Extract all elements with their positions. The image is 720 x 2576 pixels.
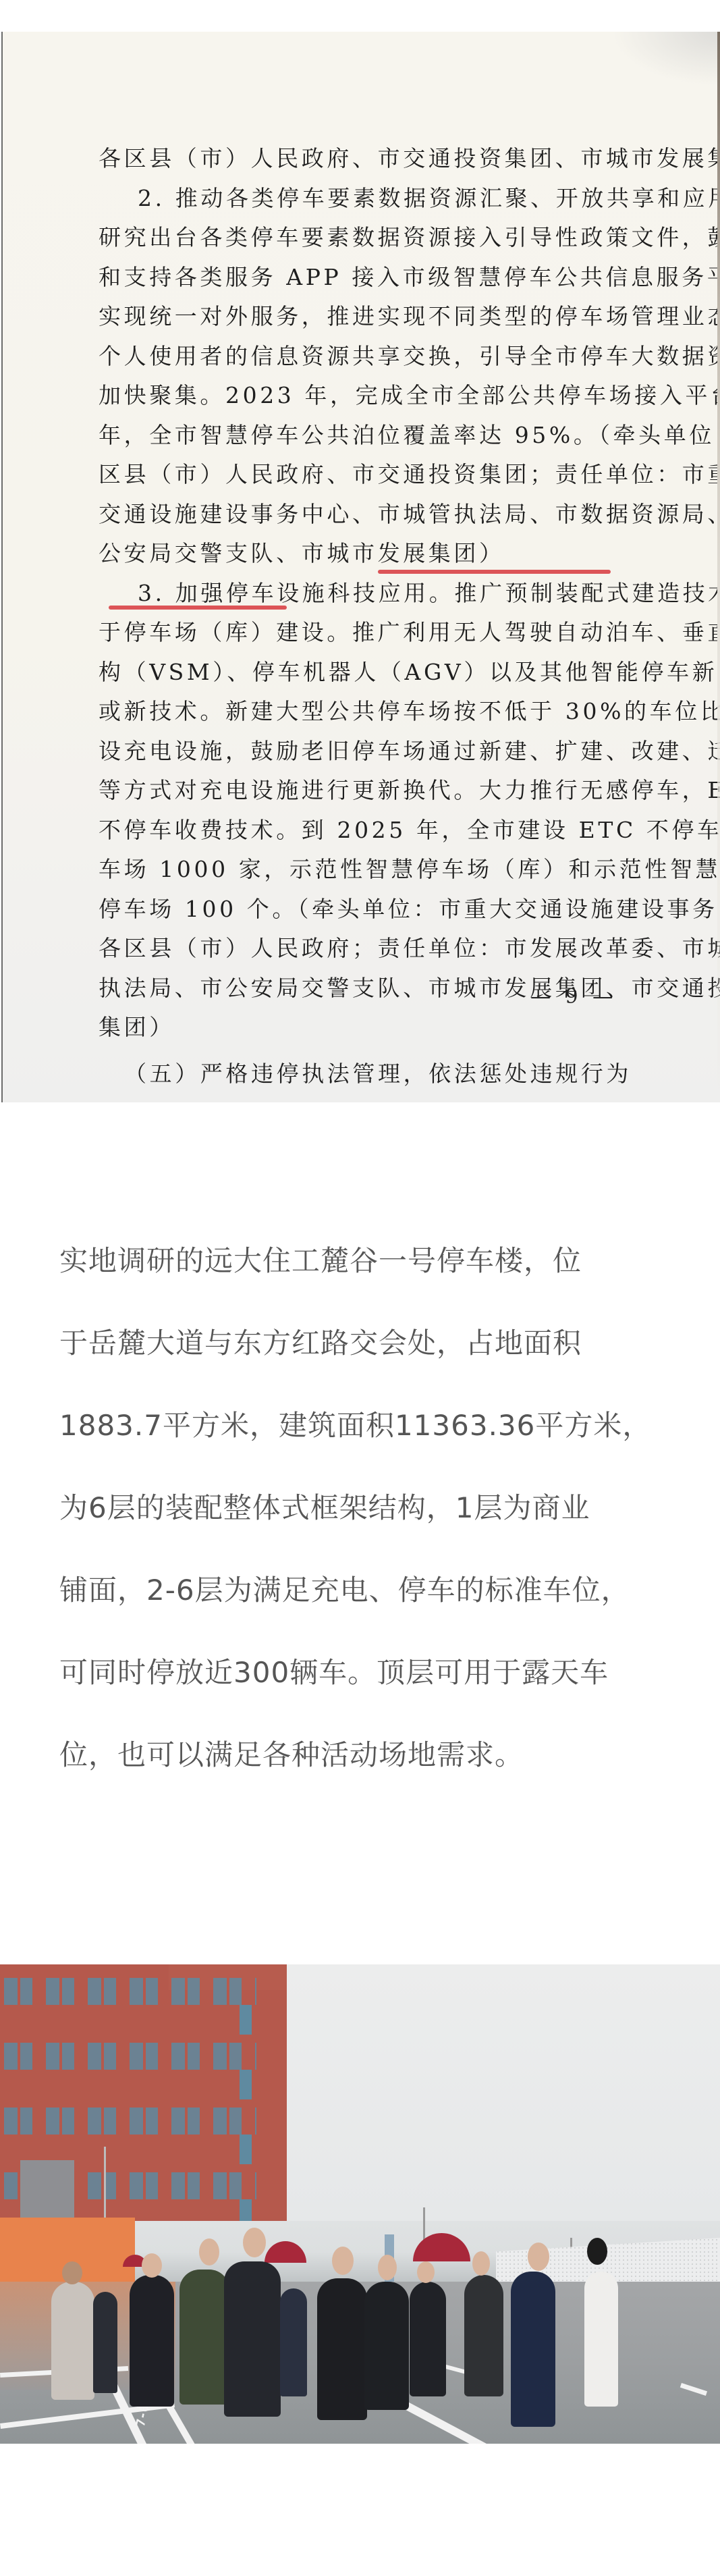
- document-line: （五）严格违停执法管理，依法惩处违规行为: [124, 1061, 720, 1088]
- page-shadow: [612, 32, 720, 86]
- paragraph-line: 于岳麓大道与东方红路交会处，占地面积: [59, 1323, 667, 1405]
- person-head: [587, 2238, 607, 2265]
- building-windows-column: [240, 2005, 252, 2221]
- document-line: 构（VSM）、停车机器人（AGV）以及其他智能停车新设备: [99, 659, 720, 686]
- red-umbrella: [265, 2241, 306, 2263]
- paragraph-line: 实地调研的远大住工麓谷一号停车楼，位: [59, 1241, 667, 1323]
- person: [364, 2282, 409, 2410]
- person: [224, 2261, 281, 2417]
- person: [464, 2275, 503, 2396]
- person: [584, 2272, 618, 2407]
- document-line: 停车场 100 个。（牵头单位：市重大交通设施建设事务中心、: [99, 896, 720, 923]
- person-head: [199, 2238, 219, 2265]
- person: [410, 2282, 446, 2396]
- document-scan-image: 各区县（市）人民政府、市交通投资集团、市城市发展集团）2. 推动各类停车要素数据…: [1, 32, 720, 1102]
- paragraph-line: 可同时停放近300辆车。顶层可用于露天车: [59, 1653, 667, 1735]
- person-head: [378, 2255, 397, 2280]
- person: [93, 2292, 117, 2393]
- person-head: [472, 2251, 490, 2276]
- person-head: [528, 2243, 549, 2271]
- document-line: 执法局、市公安局交警支队、市城市发展集团、市交通投资: [99, 975, 720, 1002]
- person: [179, 2270, 229, 2405]
- document-line: 和支持各类服务 APP 接入市级智慧停车公共信息服务平台，: [99, 264, 720, 291]
- red-umbrella: [413, 2233, 470, 2261]
- paragraph-line: 铺面，2-6层为满足充电、停车的标准车位，: [59, 1570, 667, 1653]
- document-line: 设充电设施，鼓励老旧停车场通过新建、扩建、改建、迁移: [99, 738, 720, 765]
- person-head: [62, 2261, 82, 2284]
- document-line: 不停车收费技术。到 2025 年，全市建设 ETC 不停车收费停: [99, 817, 720, 844]
- person-head: [332, 2247, 354, 2275]
- person: [130, 2275, 174, 2407]
- person: [511, 2272, 555, 2427]
- document-line: 等方式对充电设施进行更新换代。大力推行无感停车，ETC: [99, 777, 720, 804]
- paragraph-line: 为6层的装配整体式框架结构，1层为商业: [59, 1488, 667, 1570]
- document-line: 区县（市）人民政府、市交通投资集团；责任单位：市重大: [99, 461, 720, 488]
- paragraph-line: 位，也可以满足各种活动场地需求。: [59, 1735, 667, 1817]
- site-visit-photo: 7-014 7-013: [0, 1964, 720, 2444]
- document-line: 3. 加强停车设施科技应用。推广预制装配式建造技术用: [138, 580, 720, 607]
- document-line: 于停车场（库）建设。推广利用无人驾驶自动泊车、垂直盾: [99, 619, 720, 646]
- document-line: 研究出台各类停车要素数据资源接入引导性政策文件，鼓励: [99, 224, 720, 251]
- paragraph-line: 1883.7平方米，建筑面积11363.36平方米，: [59, 1405, 667, 1488]
- document-line: 2. 推动各类停车要素数据资源汇聚、开放共享和应用。: [138, 185, 720, 212]
- highlight-underline-2: [109, 606, 287, 610]
- document-line: 公安局交警支队、市城市发展集团）: [99, 540, 720, 567]
- person: [280, 2288, 307, 2396]
- document-line: 年，全市智慧停车公共泊位覆盖率达 95%。（牵头单位：各: [99, 422, 720, 449]
- document-line: 实现统一对外服务，推进实现不同类型的停车场管理业态和: [99, 303, 720, 330]
- grey-wall-panel: [20, 2160, 74, 2224]
- document-line: 或新技术。新建大型公共停车场按不低于 30%的车位比例建: [99, 698, 720, 725]
- document-line: 交通设施建设事务中心、市城管执法局、市数据资源局、市: [99, 501, 720, 528]
- person-head: [417, 2261, 435, 2283]
- page-number: — 9 —: [530, 985, 617, 1009]
- person-head: [243, 2228, 266, 2257]
- person-head: [142, 2253, 162, 2278]
- article-paragraph: 实地调研的远大住工麓谷一号停车楼，位于岳麓大道与东方红路交会处，占地面积1883…: [59, 1241, 667, 1817]
- highlight-underline-1: [378, 570, 611, 574]
- document-line: 加快聚集。2023 年，完成全市全部公共停车场接入平台。2025: [99, 382, 720, 409]
- document-line: 车场 1000 家，示范性智慧停车场（库）和示范性智慧道路: [99, 856, 720, 883]
- document-line: 各区县（市）人民政府；责任单位：市发展改革委、市城管: [99, 935, 720, 962]
- person: [51, 2282, 94, 2400]
- document-line: 集团）: [99, 1014, 720, 1041]
- person: [317, 2278, 367, 2420]
- document-line: 各区县（市）人民政府、市交通投资集团、市城市发展集团）: [99, 145, 720, 172]
- document-line: 个人使用者的信息资源共享交换，引导全市停车大数据资源: [99, 343, 720, 370]
